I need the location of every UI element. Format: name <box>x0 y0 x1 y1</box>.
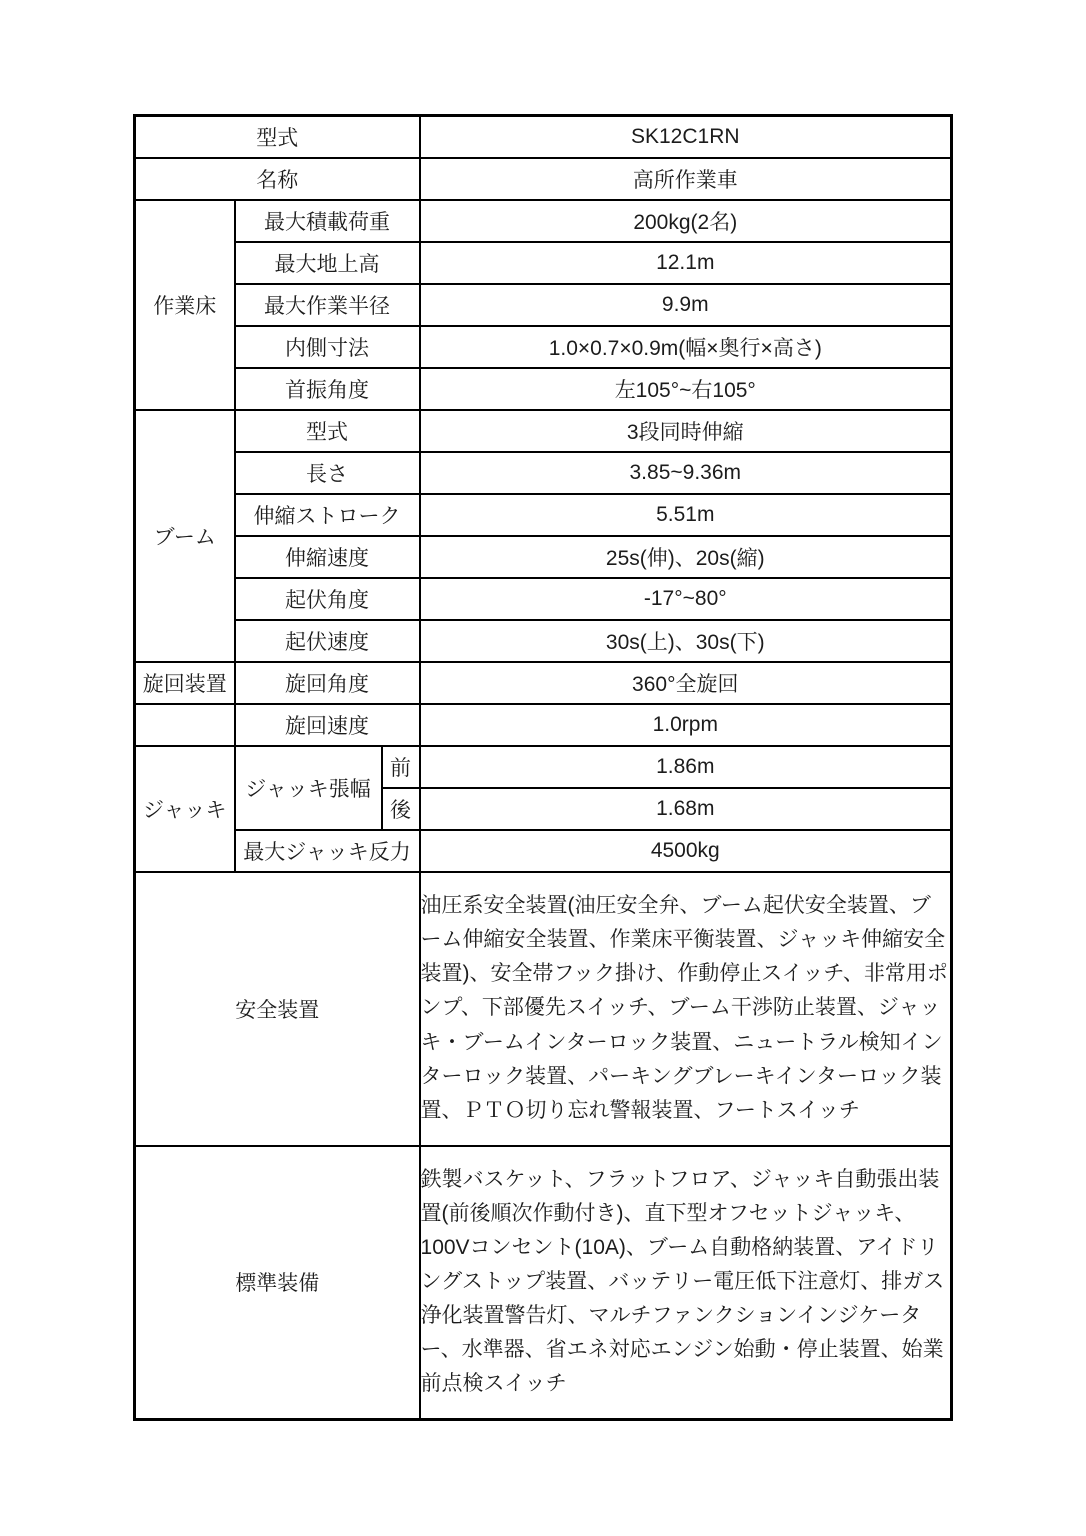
row-jack-front-value: 1.86m <box>420 746 952 788</box>
row-boom-length-value: 3.85~9.36m <box>420 452 952 494</box>
table-row: 作業床 最大積載荷重 200kg(2名) <box>135 200 952 242</box>
row-standard-equipment-label: 標準装備 <box>135 1146 420 1420</box>
row-tele-speed-label: 伸縮速度 <box>235 536 420 578</box>
row-jack-front-sublabel: 前 <box>382 746 420 788</box>
row-jack-reaction-label: 最大ジャッキ反力 <box>235 830 420 872</box>
row-max-radius-value: 9.9m <box>420 284 952 326</box>
row-safety-devices-value: 油圧系安全装置(油圧安全弁、ブーム起伏安全装置、ブーム伸縮安全装置、作業床平衡装… <box>420 872 952 1146</box>
row-safety-devices-label: 安全装置 <box>135 872 420 1146</box>
row-boom-type-label: 型式 <box>235 410 420 452</box>
table-row: 伸縮ストローク 5.51m <box>135 494 952 536</box>
table-row: 内側寸法 1.0×0.7×0.9m(幅×奥行×高さ) <box>135 326 952 368</box>
group-boom: ブーム <box>135 410 235 662</box>
row-max-load-value: 200kg(2名) <box>420 200 952 242</box>
table-row: ブーム 型式 3段同時伸縮 <box>135 410 952 452</box>
row-jack-reaction-value: 4500kg <box>420 830 952 872</box>
table-row: 最大地上高 12.1m <box>135 242 952 284</box>
table-row: 名称 高所作業車 <box>135 158 952 200</box>
row-swing-angle-label: 首振角度 <box>235 368 420 410</box>
row-tele-speed-value: 25s(伸)、20s(縮) <box>420 536 952 578</box>
row-slew-speed-label: 旋回速度 <box>235 704 420 746</box>
row-jack-rear-value: 1.68m <box>420 788 952 830</box>
table-row: 旋回装置 旋回角度 360°全旋回 <box>135 662 952 704</box>
row-slew-speed-value: 1.0rpm <box>420 704 952 746</box>
row-max-load-label: 最大積載荷重 <box>235 200 420 242</box>
group-jack: ジャッキ <box>135 746 235 872</box>
row-derrick-angle-label: 起伏角度 <box>235 578 420 620</box>
row-standard-equipment-value: 鉄製バスケット、フラットフロア、ジャッキ自動張出装置(前後順次作動付き)、直下型… <box>420 1146 952 1420</box>
table-row: 最大作業半径 9.9m <box>135 284 952 326</box>
table-row: 起伏角度 -17°~80° <box>135 578 952 620</box>
group-work-platform: 作業床 <box>135 200 235 410</box>
row-boom-length-label: 長さ <box>235 452 420 494</box>
row-tele-stroke-value: 5.51m <box>420 494 952 536</box>
row-name-label: 名称 <box>135 158 420 200</box>
row-max-height-value: 12.1m <box>420 242 952 284</box>
row-slew-angle-label: 旋回角度 <box>235 662 420 704</box>
row-inner-dims-label: 内側寸法 <box>235 326 420 368</box>
row-slew-angle-value: 360°全旋回 <box>420 662 952 704</box>
row-swing-angle-value: 左105°~右105° <box>420 368 952 410</box>
table-row: 長さ 3.85~9.36m <box>135 452 952 494</box>
row-model-value: SK12C1RN <box>420 116 952 158</box>
table-row: 安全装置 油圧系安全装置(油圧安全弁、ブーム起伏安全装置、ブーム伸縮安全装置、作… <box>135 872 952 1146</box>
row-jack-rear-sublabel: 後 <box>382 788 420 830</box>
table-row: 型式 SK12C1RN <box>135 116 952 158</box>
row-jack-spread-label: ジャッキ張幅 <box>235 746 382 830</box>
table-row: 首振角度 左105°~右105° <box>135 368 952 410</box>
row-max-height-label: 最大地上高 <box>235 242 420 284</box>
group-empty <box>135 704 235 746</box>
table-row: 標準装備 鉄製バスケット、フラットフロア、ジャッキ自動張出装置(前後順次作動付き… <box>135 1146 952 1420</box>
spec-table: 型式 SK12C1RN 名称 高所作業車 作業床 最大積載荷重 200kg(2名… <box>133 114 953 1421</box>
row-model-label: 型式 <box>135 116 420 158</box>
row-max-radius-label: 最大作業半径 <box>235 284 420 326</box>
row-derrick-angle-value: -17°~80° <box>420 578 952 620</box>
row-inner-dims-value: 1.0×0.7×0.9m(幅×奥行×高さ) <box>420 326 952 368</box>
table-row: ジャッキ ジャッキ張幅 前 1.86m <box>135 746 952 788</box>
page: 型式 SK12C1RN 名称 高所作業車 作業床 最大積載荷重 200kg(2名… <box>0 0 1086 1536</box>
table-row: 最大ジャッキ反力 4500kg <box>135 830 952 872</box>
row-name-value: 高所作業車 <box>420 158 952 200</box>
table-row: 伸縮速度 25s(伸)、20s(縮) <box>135 536 952 578</box>
table-row: 起伏速度 30s(上)、30s(下) <box>135 620 952 662</box>
group-slewing: 旋回装置 <box>135 662 235 704</box>
row-tele-stroke-label: 伸縮ストローク <box>235 494 420 536</box>
row-derrick-speed-label: 起伏速度 <box>235 620 420 662</box>
row-derrick-speed-value: 30s(上)、30s(下) <box>420 620 952 662</box>
table-row: 旋回速度 1.0rpm <box>135 704 952 746</box>
row-boom-type-value: 3段同時伸縮 <box>420 410 952 452</box>
